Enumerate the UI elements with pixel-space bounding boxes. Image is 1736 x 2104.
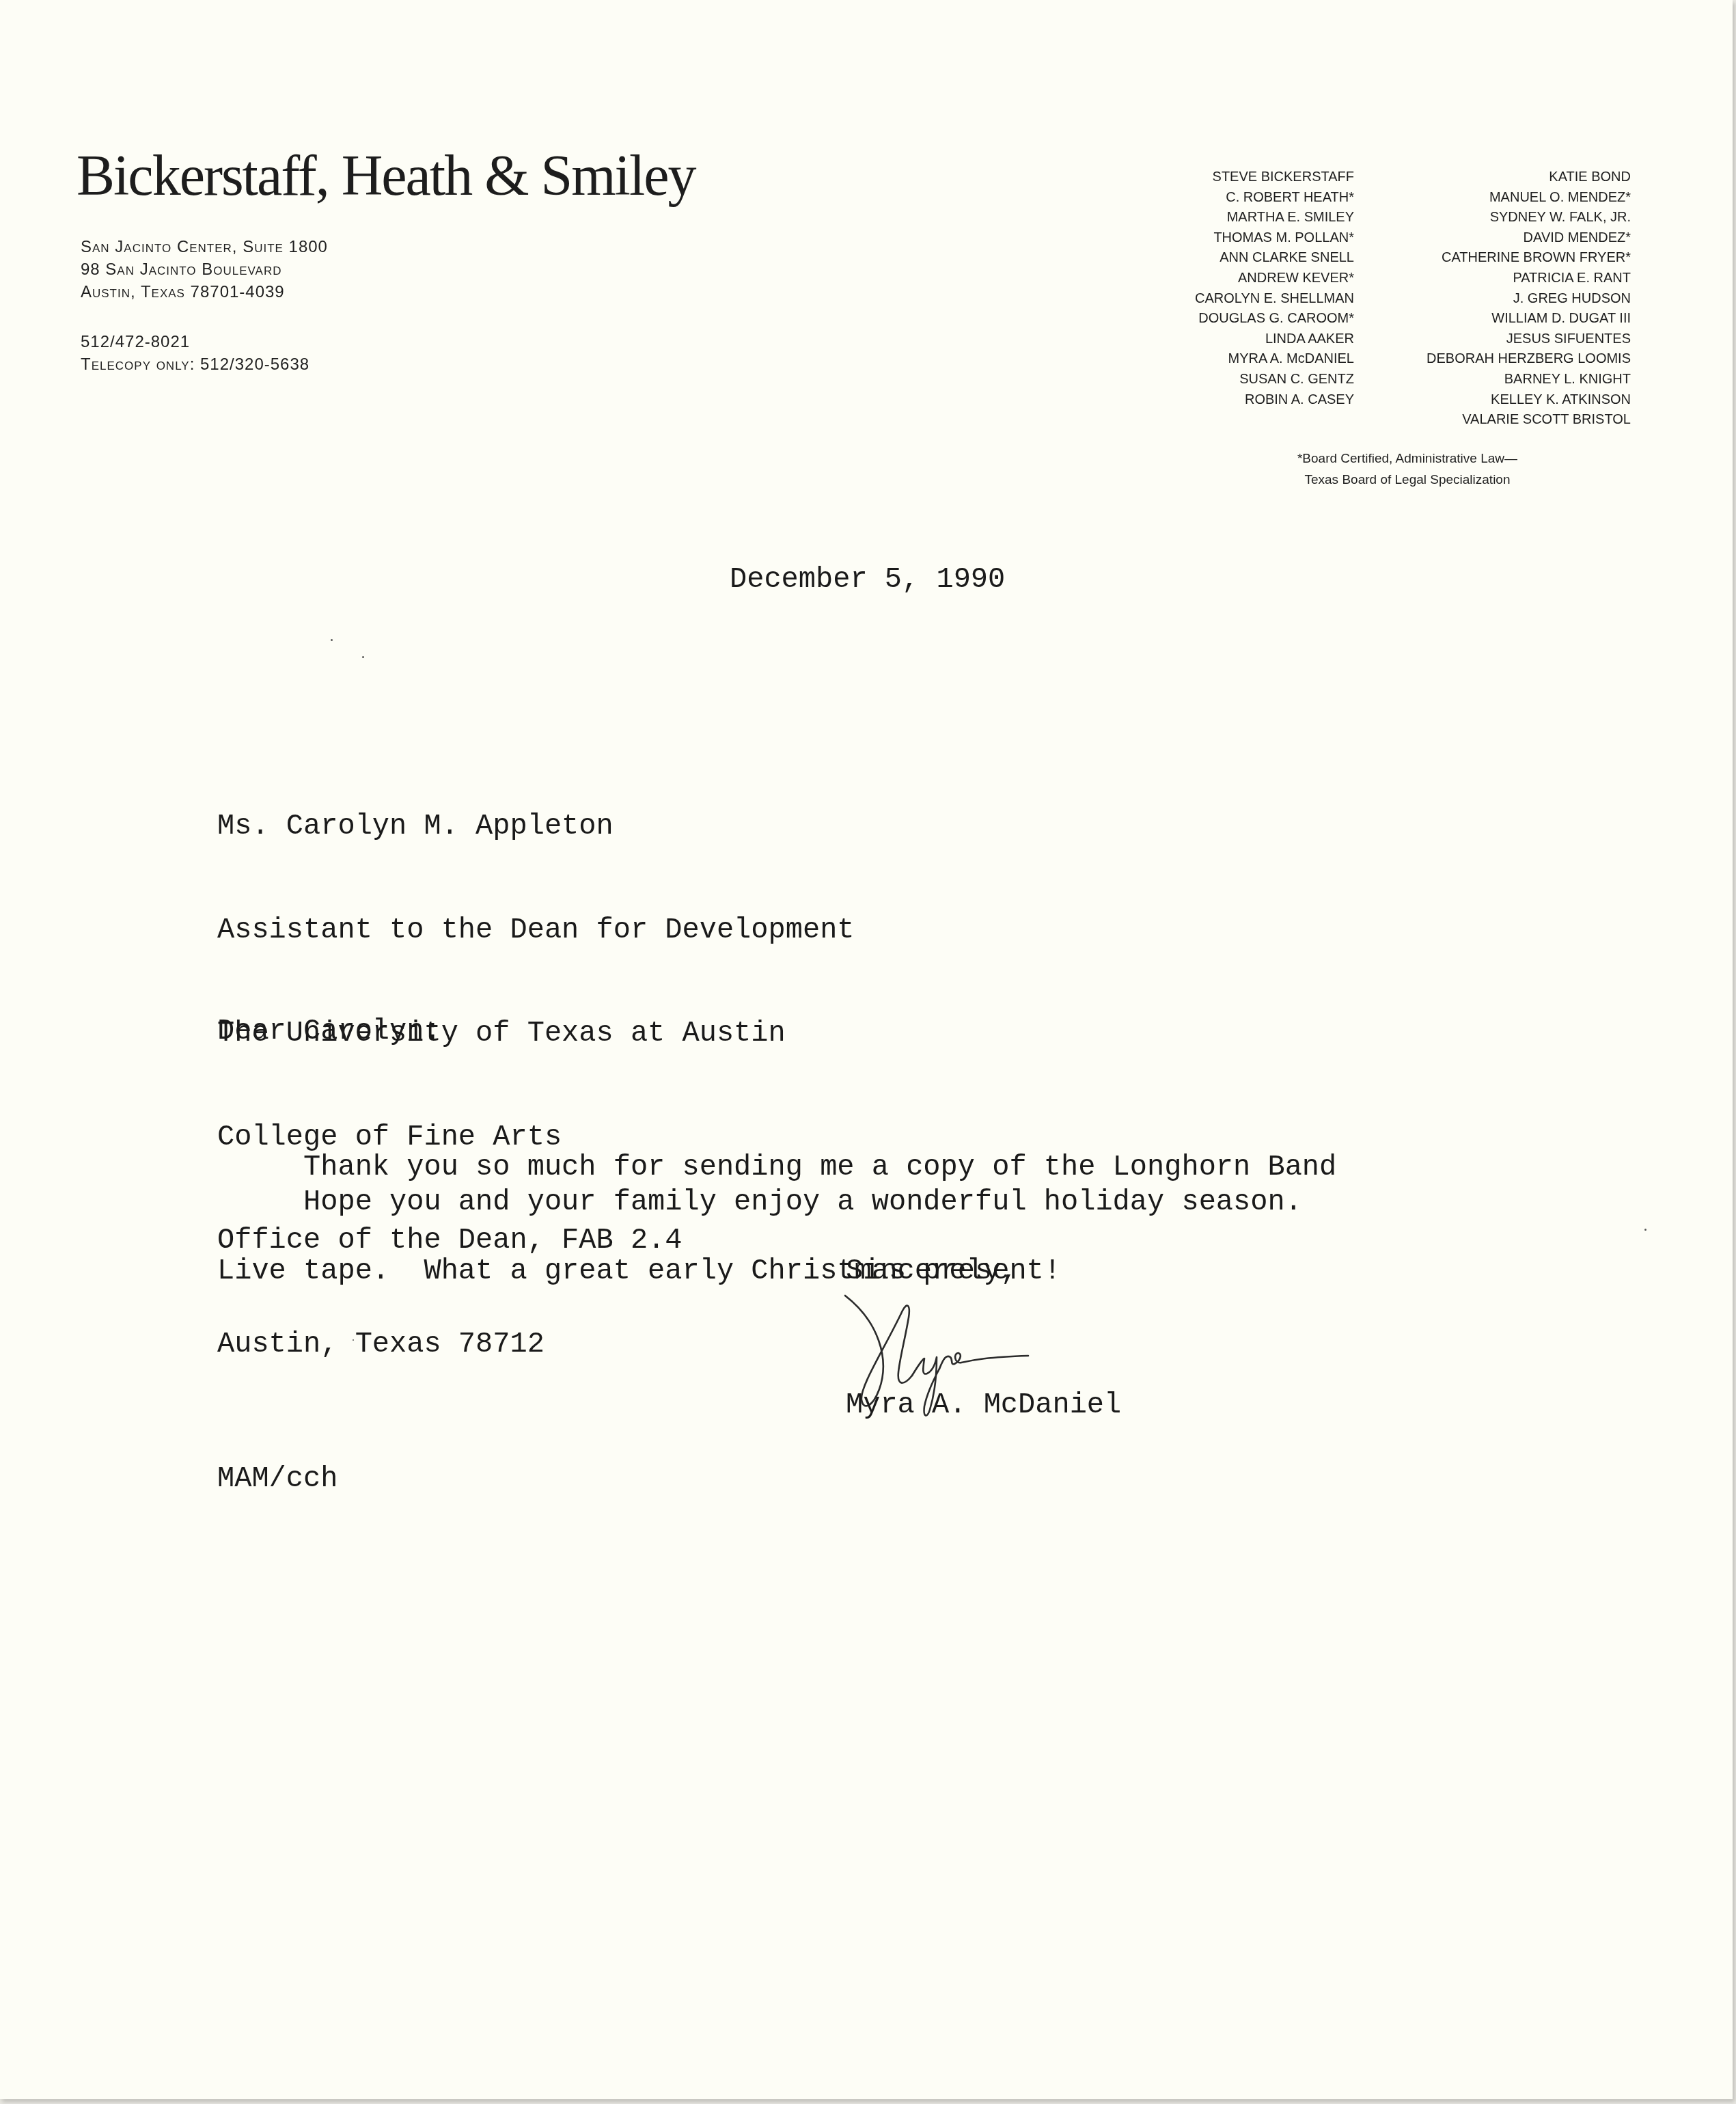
partner-name: DOUGLAS G. CAROOM* xyxy=(1195,309,1354,329)
partner-name: DAVID MENDEZ* xyxy=(1427,228,1631,249)
signer-name: Myra A. McDaniel xyxy=(846,1388,1121,1423)
partner-name: ROBIN A. CASEY xyxy=(1195,390,1354,411)
partner-name: JESUS SIFUENTES xyxy=(1427,329,1631,350)
partner-name: DEBORAH HERZBERG LOOMIS xyxy=(1427,349,1631,370)
partner-name: MANUEL O. MENDEZ* xyxy=(1427,188,1631,208)
partner-name: J. GREG HUDSON xyxy=(1427,289,1631,310)
paper-speck xyxy=(1644,1229,1647,1231)
phone-number: 512/472-8021 xyxy=(81,331,328,353)
partner-name: MYRA A. McDANIEL xyxy=(1195,349,1354,370)
partner-name: VALARIE SCOTT BRISTOL xyxy=(1427,410,1631,431)
partner-name: SUSAN C. GENTZ xyxy=(1195,370,1354,390)
letter-date: December 5, 1990 xyxy=(730,562,1005,597)
paper-speck xyxy=(331,639,333,641)
address-line: 98 San Jacinto Boulevard xyxy=(81,258,328,281)
spacer xyxy=(81,303,328,331)
partner-name: PATRICIA E. RANT xyxy=(1427,269,1631,289)
address-line: Austin, Texas 78701-4039 xyxy=(81,281,328,303)
telecopy-number: Telecopy only: 512/320-5638 xyxy=(81,353,328,376)
partner-name: MARTHA E. SMILEY xyxy=(1195,208,1354,228)
firm-address-block: San Jacinto Center, Suite 1800 98 San Ja… xyxy=(81,236,328,376)
paper-speck xyxy=(353,1339,354,1341)
partner-name: LINDA AAKER xyxy=(1195,329,1354,350)
partner-name: CAROLYN E. SHELLMAN xyxy=(1195,289,1354,310)
partner-name: ANDREW KEVER* xyxy=(1195,269,1354,289)
body-line: Thank you so much for sending me a copy … xyxy=(217,1150,1336,1185)
certification-note: *Board Certified, Administrative Law— Te… xyxy=(1216,448,1599,491)
reference-initials: MAM/cch xyxy=(217,1462,337,1497)
partner-name: KELLEY K. ATKINSON xyxy=(1427,390,1631,411)
partner-name: WILLIAM D. DUGAT III xyxy=(1427,309,1631,329)
body-line: Live tape. What a great early Christmas … xyxy=(217,1254,1336,1289)
partner-name: CATHERINE BROWN FRYER* xyxy=(1427,248,1631,269)
partner-name: BARNEY L. KNIGHT xyxy=(1427,370,1631,390)
partner-name: STEVE BICKERSTAFF xyxy=(1195,167,1354,188)
address-line: San Jacinto Center, Suite 1800 xyxy=(81,236,328,258)
partner-name: KATIE BOND xyxy=(1427,167,1631,188)
partners-list-left: STEVE BICKERSTAFF C. ROBERT HEATH* MARTH… xyxy=(1195,167,1354,410)
partner-name: SYDNEY W. FALK, JR. xyxy=(1427,208,1631,228)
recipient-line: Ms. Carolyn M. Appleton xyxy=(217,809,855,844)
partner-name: THOMAS M. POLLAN* xyxy=(1195,228,1354,249)
partner-name: ANN CLARKE SNELL xyxy=(1195,248,1354,269)
firm-name: Bickerstaff, Heath & Smiley xyxy=(77,148,695,205)
certification-note-line: Texas Board of Legal Specialization xyxy=(1216,469,1599,491)
partners-list-right: KATIE BOND MANUEL O. MENDEZ* SYDNEY W. F… xyxy=(1427,167,1631,431)
body-paragraph-2: Hope you and your family enjoy a wonderf… xyxy=(217,1185,1302,1220)
certification-note-line: *Board Certified, Administrative Law— xyxy=(1216,448,1599,469)
recipient-line: Assistant to the Dean for Development xyxy=(217,913,855,948)
letter-page: Bickerstaff, Heath & Smiley San Jacinto … xyxy=(0,0,1733,2099)
salutation: Dear Carolyn: xyxy=(217,1014,441,1049)
paper-speck xyxy=(362,656,364,658)
partner-name: C. ROBERT HEATH* xyxy=(1195,188,1354,208)
